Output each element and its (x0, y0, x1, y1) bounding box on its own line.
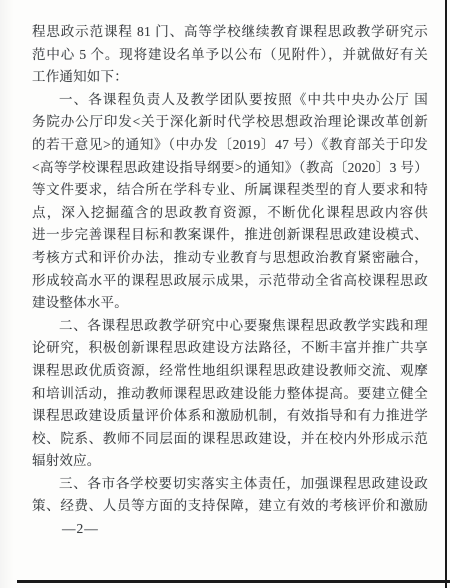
text-line: 策、经费、人员等方面的支持保障，建立有效的考核评价和激励 (32, 495, 428, 518)
text-line: 形成较高水平的课程思政展示成果，示范带动全省高校课程思政 (32, 270, 428, 293)
text-line: 考核方式和评价办法，推动专业教育与思想政治教育紧密融合， (32, 247, 428, 270)
text-line: 一、各课程负责人及教学团队要按照《中共中央办公厅 国 (32, 89, 428, 112)
text-line: 等文件要求，结合所在学科专业、所属课程类型的育人要求和特 (32, 179, 428, 202)
text-line: 校、院系、教师不同层面的课程思政建设，并在校内外形成示范 (32, 428, 428, 451)
text-line: 论研究，积极创新课程思政建设方法路径，不断丰富并推广共享 (32, 337, 428, 360)
document-text-block: 程思政示范课程 81 门、高等学校继续教育课程思政教学研究示范中心 5 个。现将… (32, 21, 428, 518)
scanned-document-page: 程思政示范课程 81 门、高等学校继续教育课程思政教学研究示范中心 5 个。现将… (0, 0, 450, 588)
text-line: <高等学校课程思政建设指导纲要>的通知》（教高〔2020〕3 号） (32, 157, 428, 180)
text-line: 和培训活动，推动教师课程思政建设能力整体提高。要建立健全 (32, 383, 428, 406)
text-line: 二、各课程思政教学研究中心要聚焦课程思政教学实践和理 (32, 315, 428, 338)
text-line: 点，深入挖掘蕴含的思政教育资源，不断优化课程思政内容供给， (32, 202, 428, 225)
page-number: —2— (62, 518, 99, 541)
text-line: 三、各市各学校要切实落实主体责任，加强课程思政建设政 (32, 473, 428, 496)
text-line: 课程思政建设质量评价体系和激励机制，有效指导和有力推进学 (32, 405, 428, 428)
scan-edge-right (445, 0, 447, 588)
text-line: 进一步完善课程目标和教案课件，推进创新课程思政建设模式、 (32, 224, 428, 247)
text-line: 辐射效应。 (32, 450, 428, 473)
text-line: 建设整体水平。 (32, 292, 428, 315)
scan-edge-bottom (17, 580, 450, 583)
text-line: 课程思政优质资源，经常性地组织课程思政建设教师交流、观摩 (32, 360, 428, 383)
text-line: 的若干意见>的通知》（中办发〔2019〕47 号）《教育部关于印发 (32, 134, 428, 157)
text-line: 程思政示范课程 81 门、高等学校继续教育课程思政教学研究示 (32, 21, 428, 44)
text-line: 范中心 5 个。现将建设名单予以公布（见附件），并就做好有关 (32, 44, 428, 67)
text-line: 务院办公厅印发<关于深化新时代学校思想政治理论课改革创新 (32, 111, 428, 134)
text-line: 工作通知如下： (32, 66, 428, 89)
